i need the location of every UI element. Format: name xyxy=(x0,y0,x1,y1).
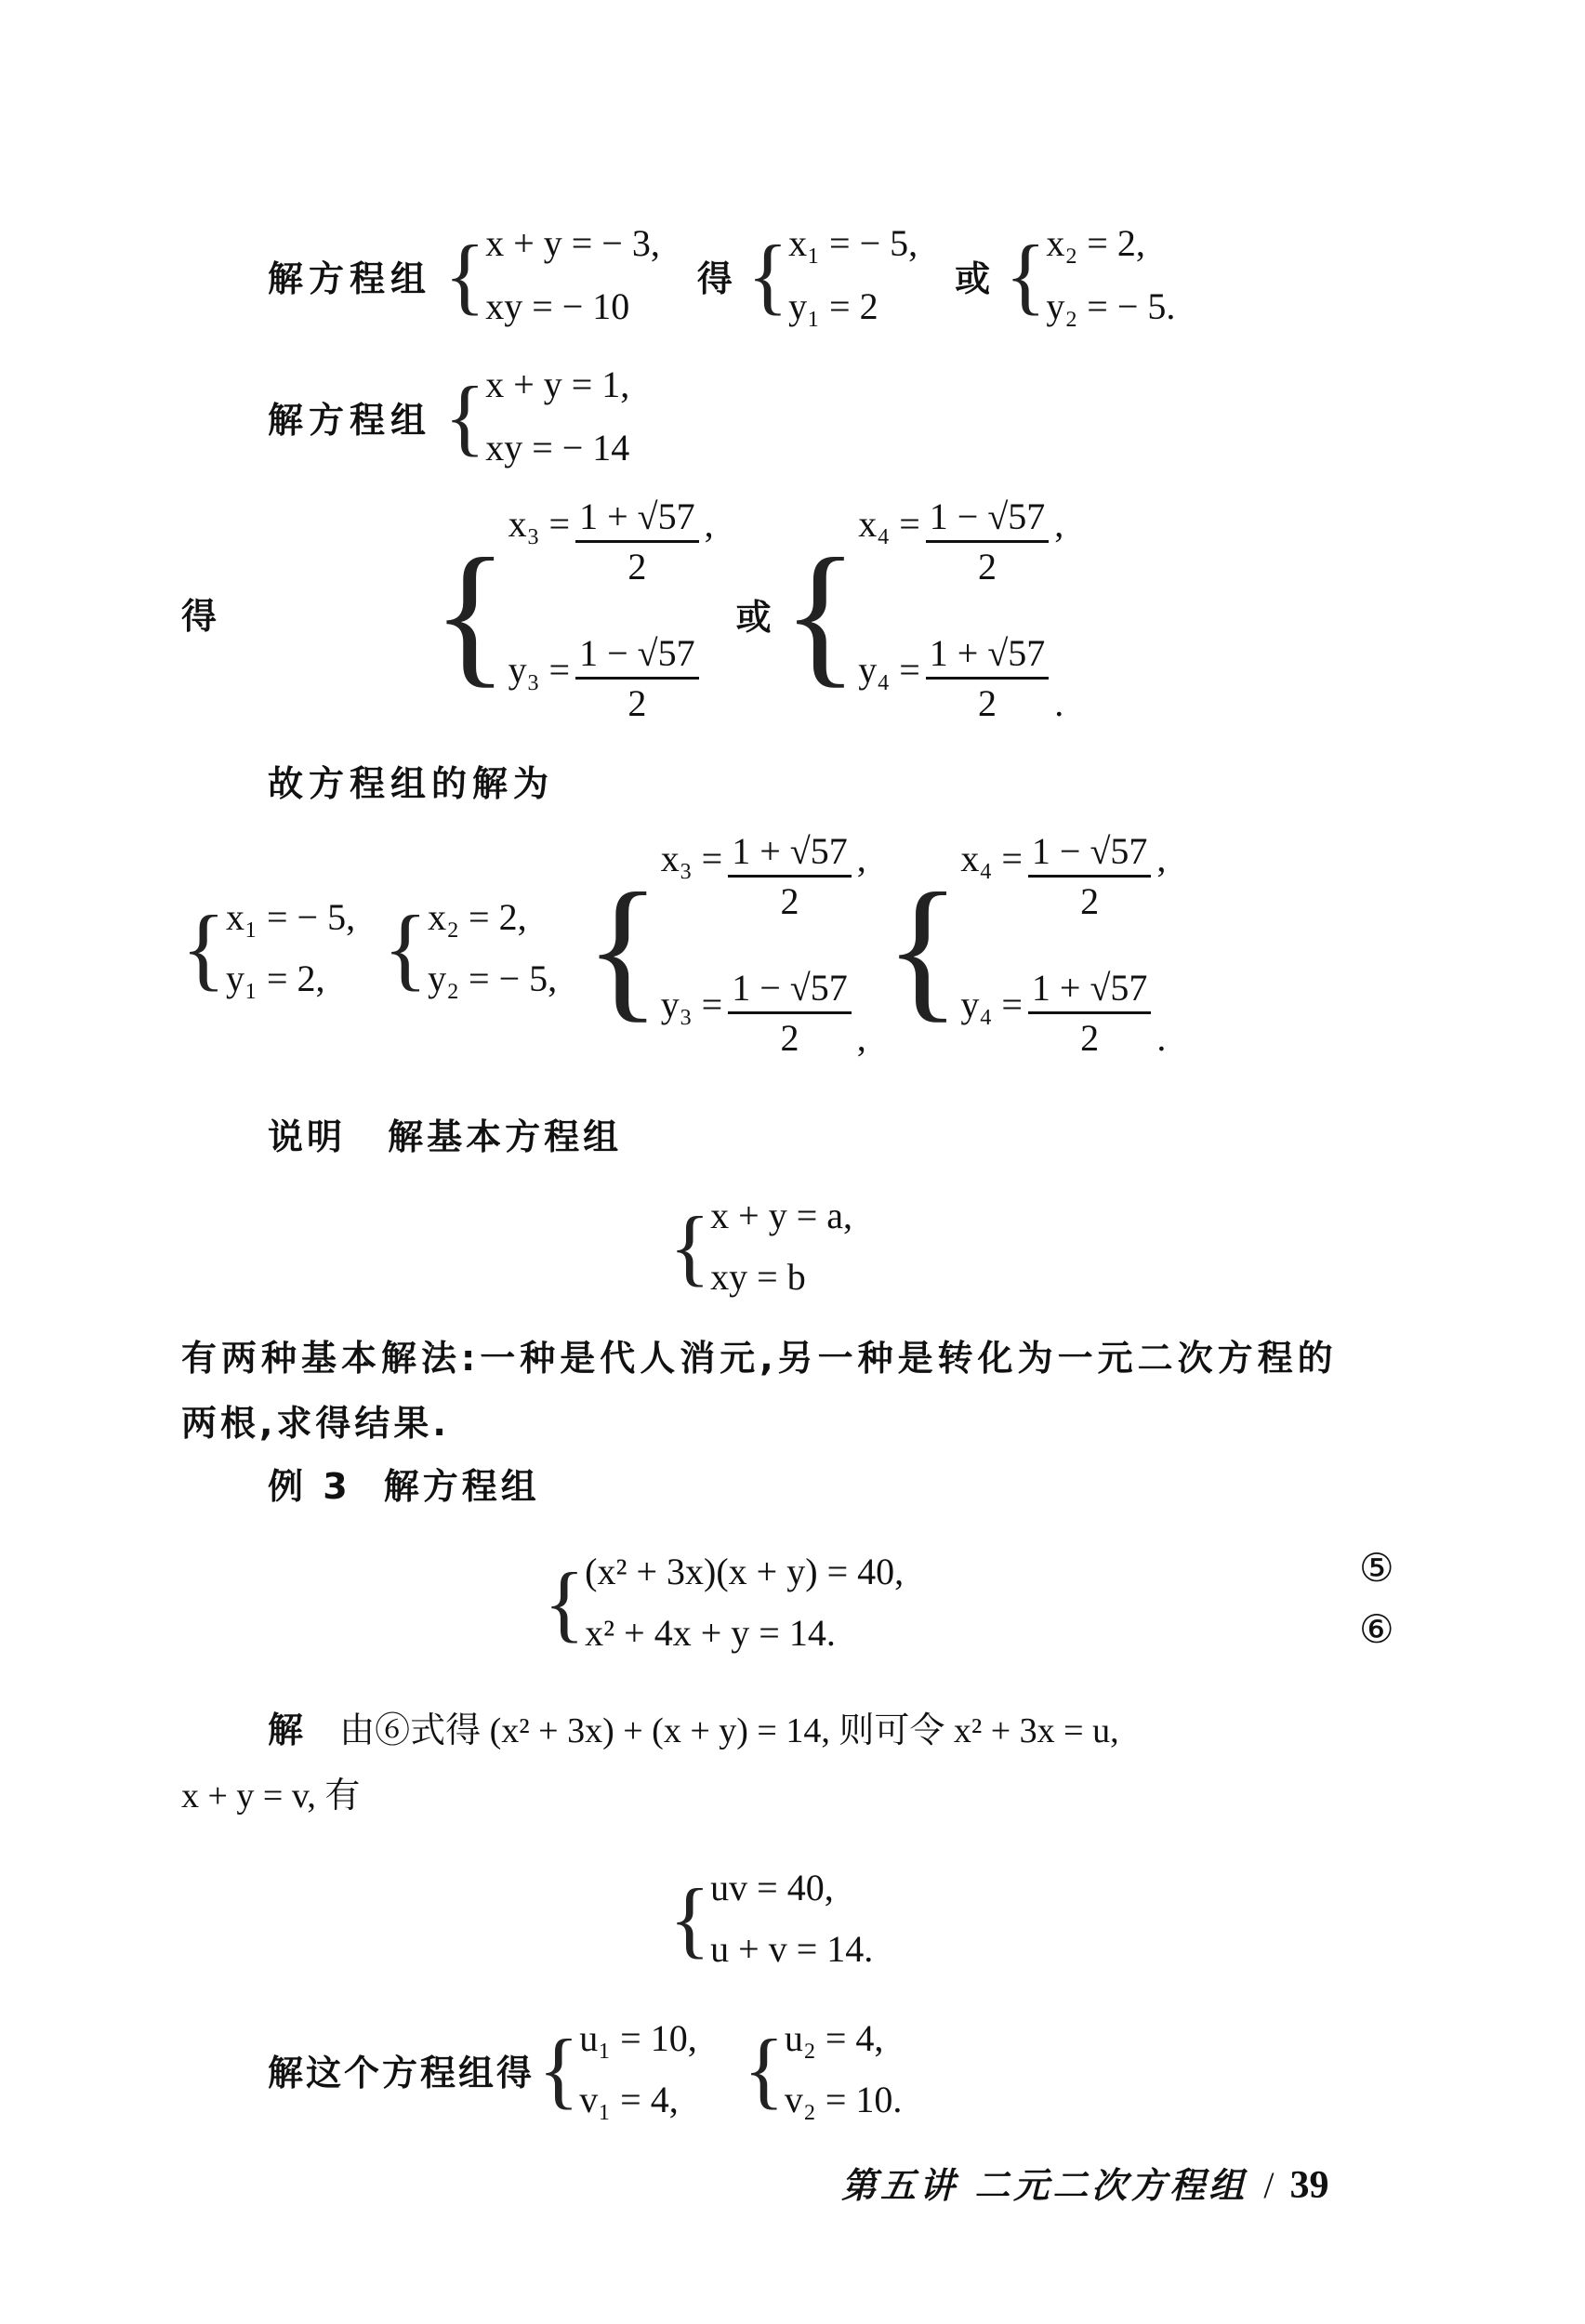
conclusion-label: 故方程组的解为 xyxy=(268,755,554,806)
page-footer: 第五讲 二元二次方程组 / 39 xyxy=(841,2157,1329,2208)
uv-solution-1: u₁ = 10, v₁ = 4, xyxy=(579,2008,697,2131)
block1-solution-1: x₁ = − 5, y₁ = 2 xyxy=(788,212,918,338)
y3-equation: y₃ = 1 − √572 xyxy=(509,614,714,725)
fraction: 1 + √572 xyxy=(926,631,1050,725)
example3-title: 例 3 xyxy=(268,1466,351,1507)
y4-equation: y₄ = 1 + √572 . xyxy=(960,948,1166,1060)
fraction: 1 + √572 xyxy=(575,495,699,588)
equation: x₂ = 2, xyxy=(1046,212,1175,275)
equation: u + v = 14. xyxy=(710,1919,873,1980)
example3-text: 解方程组 xyxy=(384,1466,540,1507)
final-solution-2: x₂ = 2, y₂ = − 5, xyxy=(428,887,557,1010)
uv-solutions: 解这个方程组得 { u₁ = 10, v₁ = 4, { u₂ = 4, v₂ … xyxy=(268,2008,902,2131)
final-solution-3: x₃ = 1 + √572 , y₃ = 1 − √572 , xyxy=(661,837,866,1060)
or-label: 或 xyxy=(955,250,996,301)
equation: xy = b xyxy=(710,1247,852,1308)
footer-separator: / xyxy=(1263,2164,1274,2206)
conclusion-solutions: { x₁ = − 5, y₁ = 2, { x₂ = 2, y₂ = − 5, … xyxy=(181,837,1166,1060)
block1-system: x + y = − 3, xy = − 10 xyxy=(485,212,660,338)
solution-line2: x + y = v, 有 xyxy=(181,1766,360,1817)
x4-equation: x₄ = 1 − √572 , xyxy=(960,837,1166,948)
equation: xy = − 14 xyxy=(485,416,629,480)
equation-6: x² + 4x + y = 14. xyxy=(585,1603,904,1664)
brace-icon: { xyxy=(885,869,961,1027)
example3-system: { (x² + 3x)(x + y) = 40, x² + 4x + y = 1… xyxy=(544,1541,904,1664)
equation-5: (x² + 3x)(x + y) = 40, xyxy=(585,1541,904,1603)
brace-icon: { xyxy=(744,2027,785,2112)
brace-icon: { xyxy=(444,374,485,459)
brace-icon: { xyxy=(444,232,485,318)
solution-line1: 解 由⑥式得 (x² + 3x) + (x + y) = 14, 则可令 x² … xyxy=(268,1701,1119,1752)
note-paragraph-line2: 两根,求得结果. xyxy=(181,1394,450,1446)
equation: x + y = 1, xyxy=(485,353,629,416)
x3-equation: x₃ = 1 + √572 , xyxy=(509,502,714,614)
fraction: 1 − √572 xyxy=(1028,829,1152,923)
note-system: { x + y = a, xy = b xyxy=(669,1185,852,1308)
brace-icon: { xyxy=(544,1560,585,1645)
result-label: 得 xyxy=(697,250,738,301)
uv-system: { uv = 40, u + v = 14. xyxy=(669,1857,873,1980)
solution-3: x₃ = 1 + √572 , y₃ = 1 − √572 xyxy=(509,502,714,725)
block2-system-solve: 解方程组 { x + y = 1, xy = − 14 xyxy=(268,353,629,480)
brace-icon: { xyxy=(585,869,661,1027)
block2-label: 解方程组 xyxy=(268,391,431,442)
uv-solution-2: u₂ = 4, v₂ = 10. xyxy=(785,2008,903,2131)
block1-solution-2: x₂ = 2, y₂ = − 5. xyxy=(1046,212,1175,338)
footer-chapter: 第五讲 二元二次方程组 xyxy=(841,2165,1248,2206)
block2-system: x + y = 1, xy = − 14 xyxy=(485,353,629,480)
y4-equation: y₄ = 1 + √572 . xyxy=(858,614,1063,725)
solution-label: 解 xyxy=(268,1710,307,1750)
brace-icon: { xyxy=(669,1876,710,1961)
equation: x₁ = − 5, xyxy=(788,212,918,275)
brace-icon: { xyxy=(432,535,509,693)
equation: y₁ = 2 xyxy=(788,275,918,338)
example3-heading: 例 3 解方程组 xyxy=(268,1458,540,1509)
note-title: 说明 xyxy=(268,1116,346,1157)
final-solution-1: x₁ = − 5, y₁ = 2, xyxy=(226,887,355,1010)
fraction: 1 − √572 xyxy=(926,495,1050,588)
x4-equation: x₄ = 1 − √572 , xyxy=(858,502,1063,614)
fraction: 1 − √572 xyxy=(575,631,699,725)
equation: xy = − 10 xyxy=(485,275,660,338)
block1-label: 解方程组 xyxy=(268,250,431,301)
fraction: 1 + √572 xyxy=(728,829,852,923)
fraction: 1 − √572 xyxy=(728,966,852,1060)
equation: uv = 40, xyxy=(710,1857,873,1919)
page-number: 39 xyxy=(1290,2164,1329,2207)
equation: x + y = − 3, xyxy=(485,212,660,275)
equation: x + y = a, xyxy=(710,1185,852,1247)
block3-solutions: { x₃ = 1 + √572 , y₃ = 1 − √572 或 { x₄ =… xyxy=(432,502,1063,725)
fraction: 1 + √572 xyxy=(1028,966,1152,1060)
equation: y₂ = − 5. xyxy=(1046,275,1175,338)
or-label: 或 xyxy=(736,588,777,640)
uv-result-label: 解这个方程组得 xyxy=(268,2044,535,2095)
brace-icon: { xyxy=(181,902,226,995)
solution-4: x₄ = 1 − √572 , y₄ = 1 + √572 . xyxy=(858,502,1063,725)
equation-tag-6: ⑥ xyxy=(1359,1606,1394,1652)
block3-result-label: 得 xyxy=(181,588,222,639)
brace-icon: { xyxy=(783,535,859,693)
note-paragraph-line1: 有两种基本解法:一种是代人消元,另一种是转化为一元二次方程的 xyxy=(181,1329,1338,1380)
x3-equation: x₃ = 1 + √572 , xyxy=(661,837,866,948)
brace-icon: { xyxy=(669,1204,710,1289)
solution-text: 由⑥式得 (x² + 3x) + (x + y) = 14, 则可令 x² + … xyxy=(339,1711,1119,1750)
brace-icon: { xyxy=(383,902,428,995)
y3-equation: y₃ = 1 − √572 , xyxy=(661,948,866,1060)
brace-icon: { xyxy=(747,232,788,318)
note-text: 解基本方程组 xyxy=(388,1116,622,1157)
brace-icon: { xyxy=(538,2027,579,2112)
final-solution-4: x₄ = 1 − √572 , y₄ = 1 + √572 . xyxy=(960,837,1166,1060)
equation-tag-5: ⑤ xyxy=(1359,1545,1394,1591)
block1-system-solve: 解方程组 { x + y = − 3, xy = − 10 得 { x₁ = −… xyxy=(268,212,1175,338)
brace-icon: { xyxy=(1005,232,1046,318)
note-heading: 说明 解基本方程组 xyxy=(268,1108,622,1159)
